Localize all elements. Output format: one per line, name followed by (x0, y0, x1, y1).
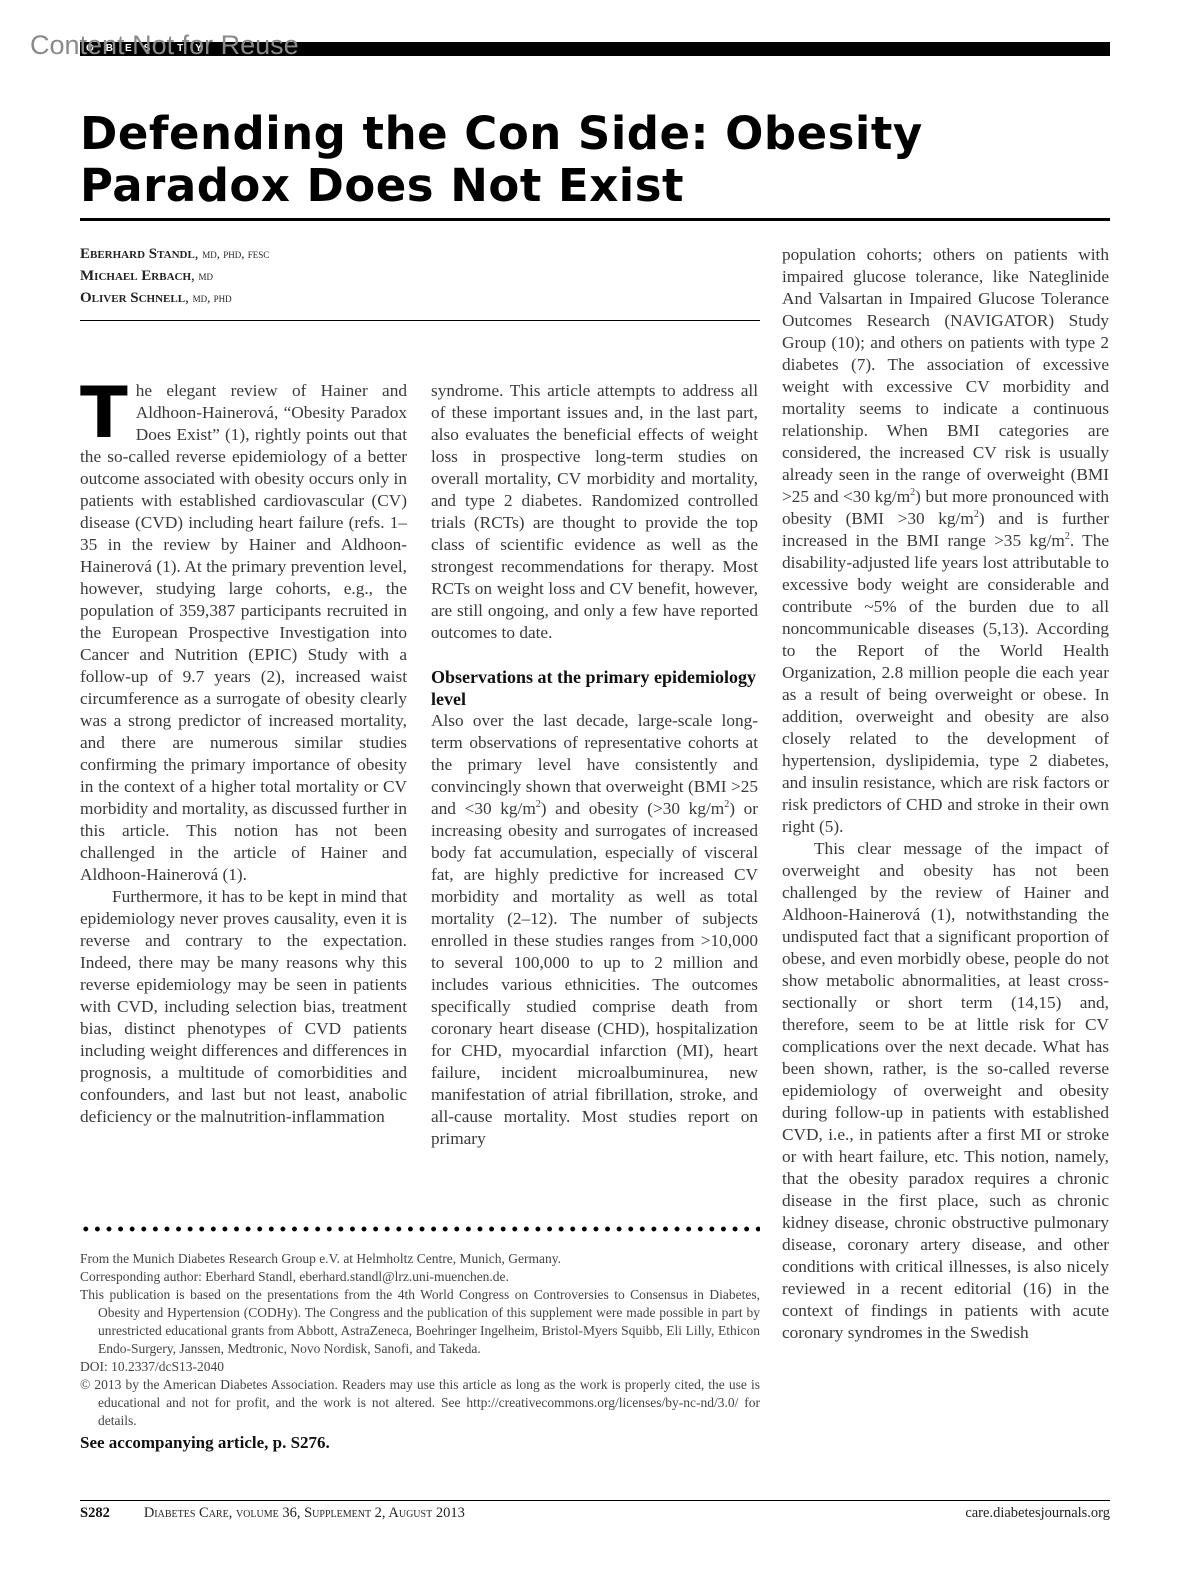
author-name: Michael Erbach (80, 268, 191, 284)
paragraph-text: he elegant review of Hainer and Aldhoon-… (80, 381, 407, 884)
drop-cap: T (80, 384, 128, 442)
watermark: Content Not for Reuse (30, 30, 299, 61)
author-degrees: md (199, 268, 214, 283)
author-degrees: md, phd (193, 290, 232, 305)
section-heading: Observations at the primary epidemiology… (431, 666, 758, 710)
body-paragraph: syndrome. This article attempts to addre… (431, 380, 758, 644)
corresponding-author-note: Corresponding author: Eberhard Standl, e… (80, 1268, 760, 1286)
authors-divider (80, 320, 760, 321)
author: Oliver Schnell, md, phd (80, 287, 269, 309)
journal-citation: Diabetes Care, volume 36, Supplement 2, … (144, 1505, 465, 1522)
body-paragraph: population cohorts; others on patients w… (782, 244, 1109, 838)
body-column-2: syndrome. This article attempts to addre… (431, 380, 758, 1150)
author: Michael Erbach, md (80, 265, 269, 287)
see-accompanying-article: See accompanying article, p. S276. (80, 1434, 760, 1452)
author-name: Oliver Schnell (80, 290, 185, 306)
text-run: ) or increasing obesity and surrogates o… (431, 799, 758, 1148)
author: Eberhard Standl, md, phd, fesc (80, 243, 269, 265)
page-number: S282 (80, 1505, 110, 1522)
author-degrees: md, phd, fesc (202, 246, 269, 261)
text-run: ) and obesity (>30 kg/m (541, 799, 724, 818)
body-paragraph: Furthermore, it has to be kept in mind t… (80, 886, 407, 1128)
title-divider (80, 218, 1110, 221)
journal-website[interactable]: care.diabetesjournals.org (965, 1505, 1110, 1522)
copyright-note: © 2013 by the American Diabetes Associat… (80, 1376, 760, 1430)
body-paragraph: The elegant review of Hainer and Aldhoon… (80, 380, 407, 886)
footer-divider (80, 1500, 1110, 1501)
publication-note: This publication is based on the present… (80, 1286, 760, 1358)
article-title: Defending the Con Side: Obesity Paradox … (80, 108, 1110, 212)
text-run: population cohorts; others on patients w… (782, 245, 1109, 506)
text-run: . The disability-adjusted life years los… (782, 531, 1109, 836)
footnotes: From the Munich Diabetes Research Group … (80, 1250, 760, 1452)
body-column-1: The elegant review of Hainer and Aldhoon… (80, 380, 407, 1128)
doi: DOI: 10.2337/dcS13-2040 (80, 1358, 760, 1376)
body-paragraph: This clear message of the impact of over… (782, 838, 1109, 1344)
body-paragraph: Also over the last decade, large-scale l… (431, 710, 758, 1150)
dotted-divider (80, 1224, 760, 1234)
page-footer: S282 Diabetes Care, volume 36, Supplemen… (80, 1505, 1110, 1522)
affiliation-note: From the Munich Diabetes Research Group … (80, 1250, 760, 1268)
author-name: Eberhard Standl (80, 246, 195, 262)
body-column-3: population cohorts; others on patients w… (782, 244, 1109, 1344)
author-list: Eberhard Standl, md, phd, fesc Michael E… (80, 243, 269, 309)
